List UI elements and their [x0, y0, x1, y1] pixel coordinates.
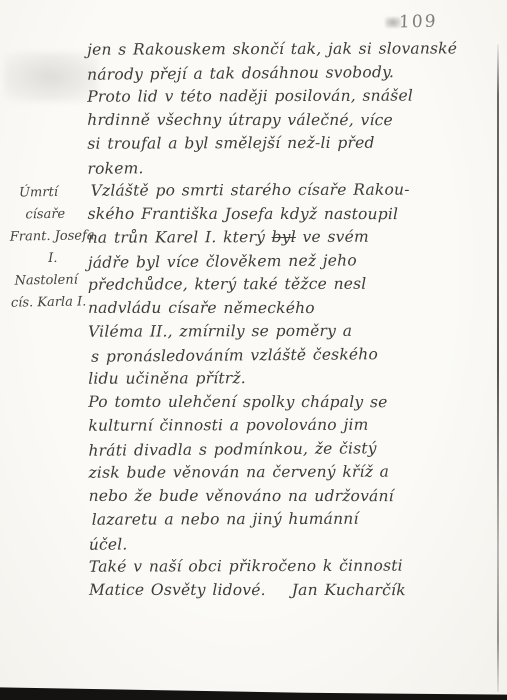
margin-note-line: Frant. Josefa: [10, 225, 90, 248]
signature: Jan Kucharčík: [292, 580, 406, 598]
margin-note-line: Nastolení: [14, 269, 90, 292]
margin-note-line: cís. Karla I.: [11, 291, 91, 314]
handwritten-line: hráti divadla s podmínkou, že čistý: [88, 436, 490, 463]
handwritten-line: Viléma II., zmírnily se poměry a: [88, 319, 490, 344]
handwritten-line: ského Františka Josefa když nastoupil: [88, 202, 490, 226]
handwritten-line: kulturní činnosti a povolováno jim: [88, 413, 490, 438]
handwritten-line: zisk bude věnován na červený kříž a: [88, 460, 490, 485]
handwritten-line: hrdinně všechny útrapy válečné, více: [87, 108, 489, 132]
page-number-stamp: 109: [399, 12, 438, 33]
margin-note-line: Úmrtí: [19, 181, 89, 204]
margin-notes: Úmrtí císaře Frant. Josefa I. Nastolení …: [9, 181, 91, 314]
line-segment: ve svém: [296, 228, 369, 246]
handwritten-line: Po tomto ulehčení spolky chápaly se: [88, 390, 490, 414]
handwritten-line: účel.: [89, 530, 491, 557]
main-handwritten-text: jen s Rakouskem skončí tak, jak si slova…: [87, 37, 491, 602]
scan-edge-shadow: [0, 686, 507, 700]
scan-fold-line: [497, 44, 499, 692]
handwritten-line: rokem.: [87, 154, 489, 181]
handwritten-line: národy přejí a tak dosáhnou svobody.: [87, 60, 489, 87]
handwritten-line: s pronásledováním vzláště českého: [91, 342, 490, 369]
scan-smudge: [4, 52, 99, 102]
handwritten-line: si troufal a byl smělejší než-li před: [87, 131, 489, 156]
handwritten-line: Vzláště po smrti starého císaře Rakou-: [91, 178, 490, 203]
handwritten-line: lidu učiněna přítrž.: [88, 366, 490, 391]
handwritten-line: Matice Osvěty lidové.Jan Kucharčík: [89, 578, 491, 602]
handwritten-line: jádře byl více člověkem než jeho: [88, 248, 490, 275]
handwritten-line: nadvládu císaře německého: [88, 296, 490, 320]
handwritten-line: jen s Rakouskem skončí tak, jak si slova…: [87, 37, 489, 62]
handwritten-line: lazaretu a nebo na jiný humánní: [92, 507, 491, 532]
strikethrough-word: byl: [272, 228, 296, 246]
scanned-chronicle-page: 109 Úmrtí císaře Frant. Josefa I. Nastol…: [0, 0, 507, 700]
handwritten-line: předchůdce, který také těžce nesl: [88, 272, 490, 297]
handwritten-line: na trůn Karel I. který byl ve svém: [88, 225, 490, 250]
line-segment: na trůn Karel I. který: [88, 228, 272, 247]
handwritten-line: Také v naší obci přikročeno k činnosti: [89, 554, 491, 579]
line-segment: Matice Osvěty lidové.: [89, 580, 266, 598]
margin-note-line: císaře: [25, 203, 89, 226]
margin-note-line: I.: [48, 247, 90, 270]
handwritten-line: nebo že bude věnováno na udržování: [89, 484, 491, 508]
handwritten-line: Proto lid v této naději posilován, snáše…: [87, 84, 489, 109]
